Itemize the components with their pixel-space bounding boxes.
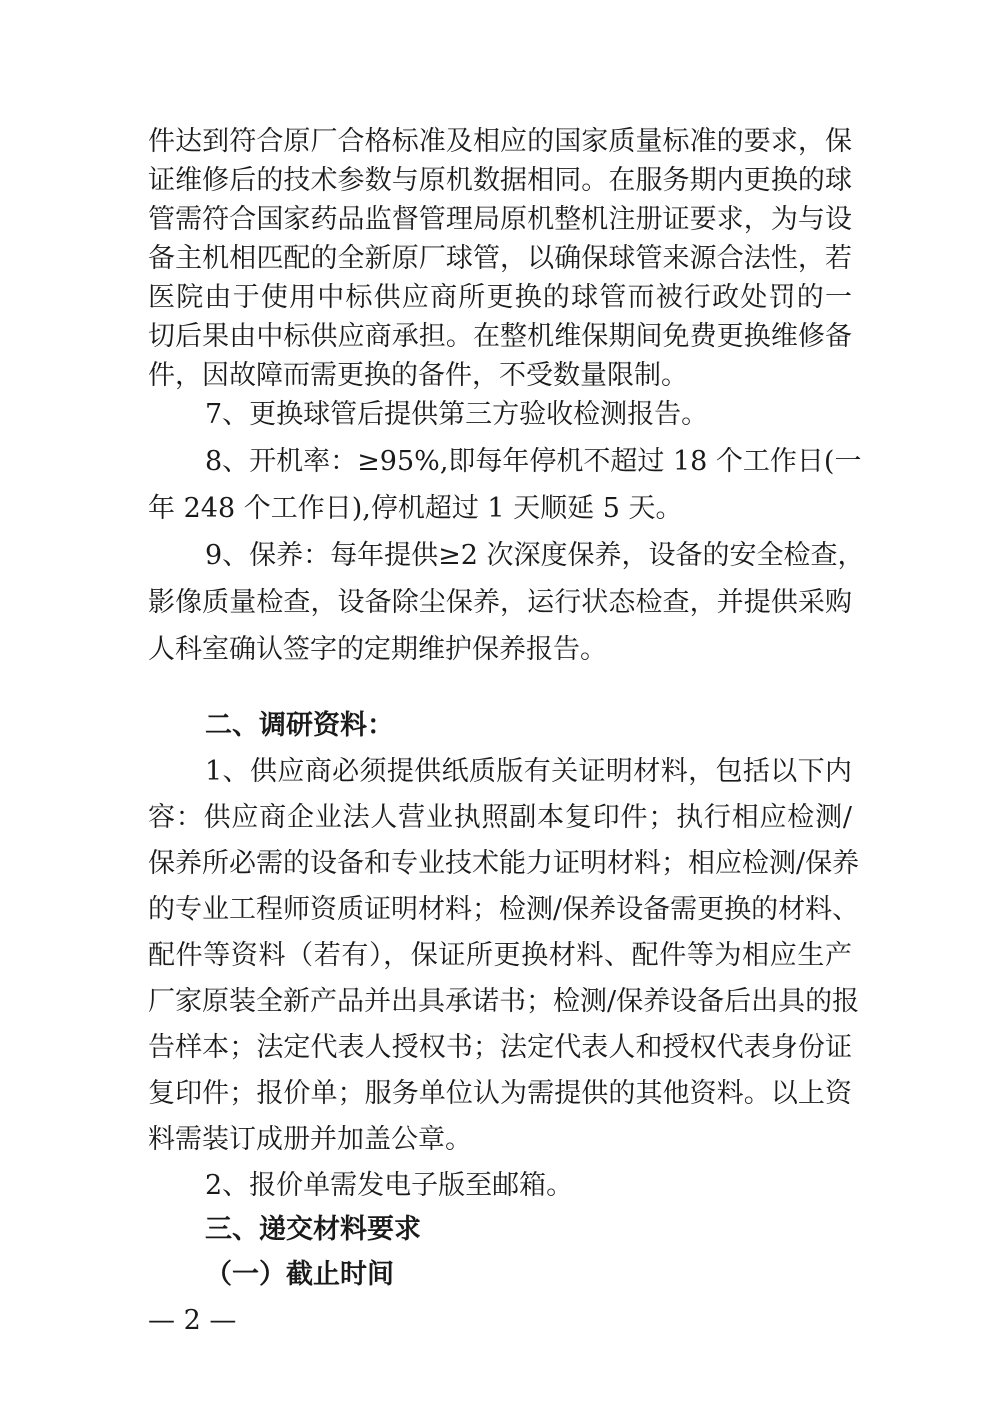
section-heading: （一）截止时间 <box>205 1255 852 1294</box>
page-number: — 2 — <box>148 1303 236 1339</box>
paragraph-line: 9、保养：每年提供≥2 次深度保养，设备的安全检查， <box>205 536 852 575</box>
paragraph-line: 影像质量检查，设备除尘保养，运行状态检查，并提供采购 <box>148 583 852 622</box>
paragraph-line: 2、报价单需发电子版至邮箱。 <box>205 1166 852 1205</box>
paragraph-line: 的专业工程师资质证明材料；检测/保养设备需更换的材料、 <box>148 890 852 929</box>
paragraph-line: 件达到符合原厂合格标准及相应的国家质量标准的要求，保 <box>148 122 852 161</box>
document-page: 件达到符合原厂合格标准及相应的国家质量标准的要求，保证维修后的技术参数与原机数据… <box>0 0 1000 1405</box>
paragraph-line: 7、更换球管后提供第三方验收检测报告。 <box>205 395 852 434</box>
paragraph-line: 复印件；报价单；服务单位认为需提供的其他资料。以上资 <box>148 1074 852 1113</box>
paragraph-line: 证维修后的技术参数与原机数据相同。在服务期内更换的球 <box>148 161 852 200</box>
paragraph-line: 料需装订成册并加盖公章。 <box>148 1120 852 1159</box>
paragraph-line: 容：供应商企业法人营业执照副本复印件；执行相应检测/ <box>148 798 852 837</box>
paragraph-line: 管需符合国家药品监督管理局原机整机注册证要求，为与设 <box>148 200 852 239</box>
paragraph-line: 保养所必需的设备和专业技术能力证明材料；相应检测/保养 <box>148 844 852 883</box>
section-heading: 二、调研资料： <box>205 706 852 745</box>
paragraph-line: 备主机相匹配的全新原厂球管，以确保球管来源合法性，若 <box>148 239 852 278</box>
paragraph-line: 切后果由中标供应商承担。在整机维保期间免费更换维修备 <box>148 317 852 356</box>
paragraph-line: 8、开机率：≥95%,即每年停机不超过 18 个工作日(一 <box>205 442 852 481</box>
paragraph-line: 人科室确认签字的定期维护保养报告。 <box>148 630 852 669</box>
paragraph-line: 厂家原装全新产品并出具承诺书；检测/保养设备后出具的报 <box>148 982 852 1021</box>
section-heading: 三、递交材料要求 <box>205 1210 852 1249</box>
paragraph-line: 告样本；法定代表人授权书；法定代表人和授权代表身份证 <box>148 1028 852 1067</box>
paragraph-line: 件，因故障而需更换的备件，不受数量限制。 <box>148 356 852 395</box>
paragraph-line: 医院由于使用中标供应商所更换的球管而被行政处罚的一 <box>148 278 852 317</box>
paragraph-line: 年 248 个工作日),停机超过 1 天顺延 5 天。 <box>148 489 852 528</box>
paragraph-line: 配件等资料（若有），保证所更换材料、配件等为相应生产 <box>148 936 852 975</box>
paragraph-line: 1、供应商必须提供纸质版有关证明材料，包括以下内 <box>205 752 852 791</box>
